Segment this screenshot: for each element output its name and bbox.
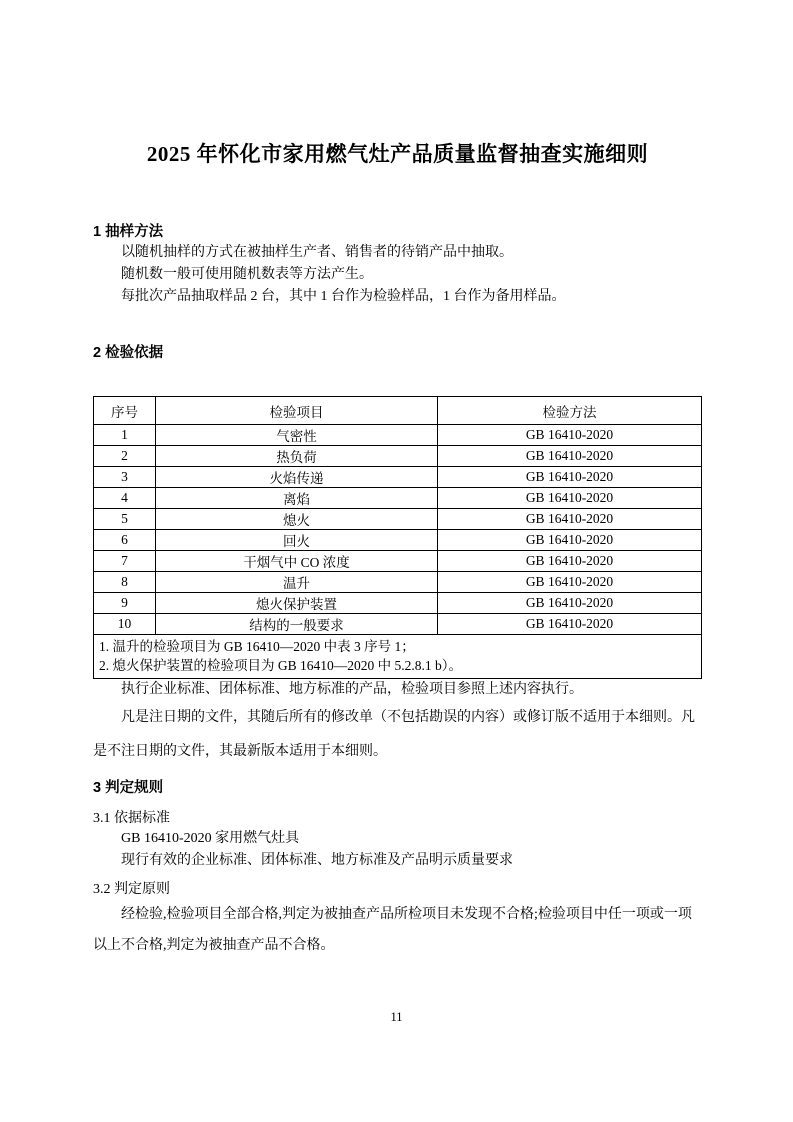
table-cell: 结构的一般要求 <box>156 614 438 635</box>
section-3-heading: 3 判定规则 <box>93 778 702 798</box>
section-1-heading: 1 抽样方法 <box>93 222 702 242</box>
table-row: 4离焰GB 16410-2020 <box>94 488 702 509</box>
table-header-row: 序号 检验项目 检验方法 <box>94 397 702 425</box>
table-cell: 离焰 <box>156 488 438 509</box>
table-cell: GB 16410-2020 <box>438 614 702 635</box>
page-number: 11 <box>0 1010 793 1025</box>
table-cell: 干烟气中 CO 浓度 <box>156 551 438 572</box>
table-cell: 熄火 <box>156 509 438 530</box>
table-row: 3火焰传递GB 16410-2020 <box>94 467 702 488</box>
table-cell: 9 <box>94 593 156 614</box>
table-cell: GB 16410-2020 <box>438 488 702 509</box>
document-title: 2025 年怀化市家用燃气灶产品质量监督抽查实施细则 <box>93 0 702 168</box>
sampling-paragraph-3: 每批次产品抽取样品 2 台，其中 1 台作为检验样品，1 台作为备用样品。 <box>93 286 702 308</box>
table-cell: 温升 <box>156 572 438 593</box>
table-cell: GB 16410-2020 <box>438 551 702 572</box>
table-row: 8温升GB 16410-2020 <box>94 572 702 593</box>
section-3-2-heading: 3.2 判定原则 <box>93 881 702 899</box>
table-row: 5熄火GB 16410-2020 <box>94 509 702 530</box>
table-cell: GB 16410-2020 <box>438 446 702 467</box>
table-cell: 2 <box>94 446 156 467</box>
table-cell: 8 <box>94 572 156 593</box>
table-cell: 1 <box>94 425 156 446</box>
judgment-principle-paragraph: 经检验,检验项目全部合格,判定为被抽查产品所检项目未发现不合格;检验项目中任一项… <box>93 899 702 961</box>
table-notes-cell: 1. 温升的检验项目为 GB 16410—2020 中表 3 序号 1； 2. … <box>94 635 702 679</box>
table-row: 2热负荷GB 16410-2020 <box>94 446 702 467</box>
table-row: 10结构的一般要求GB 16410-2020 <box>94 614 702 635</box>
table-cell: 4 <box>94 488 156 509</box>
table-cell: 6 <box>94 530 156 551</box>
table-cell: 7 <box>94 551 156 572</box>
section-3-1-heading: 3.1 依据标准 <box>93 810 702 828</box>
document-page: 2025 年怀化市家用燃气灶产品质量监督抽查实施细则 1 抽样方法 以随机抽样的… <box>0 0 793 1122</box>
inspection-paragraph-2: 凡是注日期的文件，其随后所有的修改单（不包括勘误的内容）或修订版不适用于本细则。… <box>93 701 702 769</box>
judgment-standard-line-2: 现行有效的企业标准、团体标准、地方标准及产品明示质量要求 <box>93 850 702 872</box>
table-cell: 3 <box>94 467 156 488</box>
table-cell: 5 <box>94 509 156 530</box>
table-cell: 10 <box>94 614 156 635</box>
inspection-items-table: 序号 检验项目 检验方法 1气密性GB 16410-20202热负荷GB 164… <box>93 396 702 679</box>
table-cell: GB 16410-2020 <box>438 509 702 530</box>
judgment-standard-line-1: GB 16410-2020 家用燃气灶具 <box>93 828 702 850</box>
table-cell: GB 16410-2020 <box>438 593 702 614</box>
column-header-item: 检验项目 <box>156 397 438 425</box>
table-body: 1气密性GB 16410-20202热负荷GB 16410-20203火焰传递G… <box>94 425 702 635</box>
table-cell: GB 16410-2020 <box>438 530 702 551</box>
table-cell: GB 16410-2020 <box>438 572 702 593</box>
column-header-seq: 序号 <box>94 397 156 425</box>
table-cell: 熄火保护装置 <box>156 593 438 614</box>
sampling-paragraph-1: 以随机抽样的方式在被抽样生产者、销售者的待销产品中抽取。 <box>93 242 702 264</box>
section-2-heading: 2 检验依据 <box>93 343 702 363</box>
table-cell: GB 16410-2020 <box>438 425 702 446</box>
table-row: 1气密性GB 16410-2020 <box>94 425 702 446</box>
table-notes-row: 1. 温升的检验项目为 GB 16410—2020 中表 3 序号 1； 2. … <box>94 635 702 679</box>
table-cell: 回火 <box>156 530 438 551</box>
table-row: 7干烟气中 CO 浓度GB 16410-2020 <box>94 551 702 572</box>
table-row: 9熄火保护装置GB 16410-2020 <box>94 593 702 614</box>
table-note-2: 2. 熄火保护装置的检验项目为 GB 16410—2020 中 5.2.8.1 … <box>99 656 696 675</box>
table-cell: 气密性 <box>156 425 438 446</box>
table-cell: 火焰传递 <box>156 467 438 488</box>
table-cell: GB 16410-2020 <box>438 467 702 488</box>
sampling-paragraph-2: 随机数一般可使用随机数表等方法产生。 <box>93 264 702 286</box>
inspection-paragraph-1: 执行企业标准、团体标准、地方标准的产品，检验项目参照上述内容执行。 <box>93 679 702 701</box>
table-row: 6回火GB 16410-2020 <box>94 530 702 551</box>
table-note-1: 1. 温升的检验项目为 GB 16410—2020 中表 3 序号 1； <box>99 637 696 656</box>
column-header-method: 检验方法 <box>438 397 702 425</box>
table-cell: 热负荷 <box>156 446 438 467</box>
